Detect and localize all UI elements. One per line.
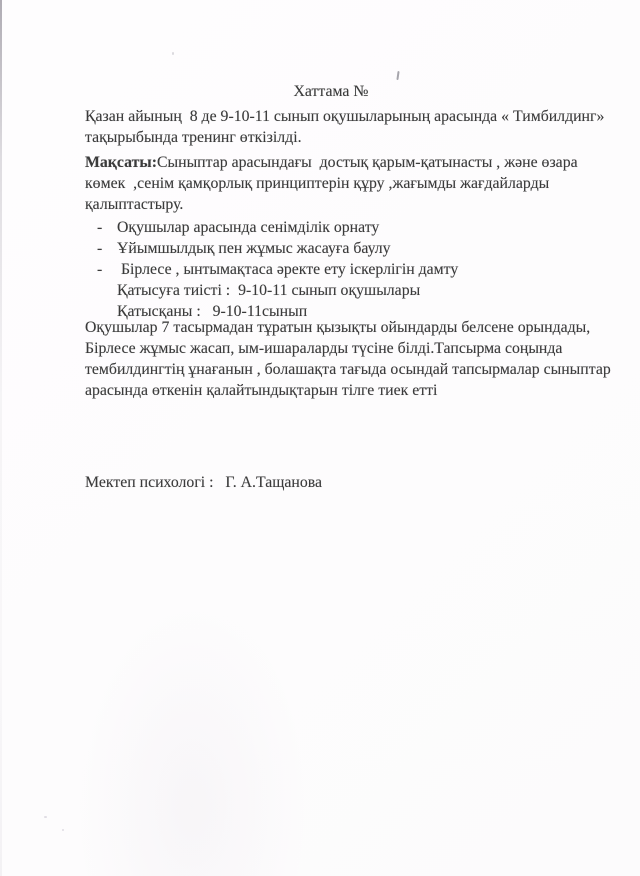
list-item-text: Бірлесе , ынтымақтаса әректе ету іскерлі… (117, 259, 458, 280)
intro-line: Қазан айының 8 де 9-10-11 сынып оқушылар… (85, 106, 604, 127)
list-item: - Бірлесе , ынтымақтаса әректе ету іскер… (85, 259, 458, 280)
pen-mark-artifact (396, 71, 399, 80)
document-title: Хаттама № (85, 81, 577, 102)
scan-speck (172, 52, 174, 55)
list-item: - Ұйымшылдық пен жұмыс жасауға баулу (85, 238, 458, 259)
participants-required: Қатысуға тиісті : 9-10-11 сынып оқушылар… (85, 280, 458, 301)
purpose-label: Мақсаты: (85, 154, 157, 171)
bullet-dash: - (85, 217, 117, 238)
scanned-document-page: Хаттама № Қазан айының 8 де 9-10-11 сыны… (0, 0, 640, 876)
scan-speck (44, 816, 47, 818)
purpose-line-text: Сыныптар арасындағы достық қарым-қатынас… (157, 154, 578, 171)
summary-paragraph: Оқушылар 7 тасырмадан тұратын қызықты ой… (85, 317, 611, 401)
document-title-text: Хаттама № (294, 83, 369, 100)
signature-text: Мектеп психологі : Г. А.Тащанова (85, 474, 322, 491)
summary-line: арасында өткенін қалайтындықтарын тілге … (85, 380, 611, 401)
intro-line: тақырыбында тренинг өткізілді. (85, 127, 604, 148)
signature-line: Мектеп психологі : Г. А.Тащанова (85, 472, 322, 493)
bullet-dash: - (85, 238, 117, 259)
list-item-text: Оқушылар арасында сенімділік орнату (117, 217, 379, 238)
objectives-list: - Оқушылар арасында сенімділік орнату - … (85, 217, 458, 322)
summary-line: Оқушылар 7 тасырмадан тұратын қызықты ой… (85, 317, 611, 338)
purpose-paragraph: Мақсаты:Сыныптар арасындағы достық қарым… (85, 152, 578, 215)
summary-line: тембилдингтің ұнағанын , болашақта тағыд… (85, 359, 611, 380)
summary-line: Бірлесе жұмыс жасап, ым-ишараларды түсін… (85, 338, 611, 359)
scan-edge-shadow (0, 0, 2, 876)
purpose-line: қалыптастыру. (85, 194, 578, 215)
purpose-line: көмек ,сенім қамқорлық принциптерін құру… (85, 173, 578, 194)
list-item-text: Ұйымшылдық пен жұмыс жасауға баулу (117, 238, 391, 259)
intro-paragraph: Қазан айының 8 де 9-10-11 сынып оқушылар… (85, 106, 604, 148)
purpose-line: Мақсаты:Сыныптар арасындағы достық қарым… (85, 152, 578, 173)
list-item: - Оқушылар арасында сенімділік орнату (85, 217, 458, 238)
scan-speck (62, 829, 64, 831)
bullet-dash: - (85, 259, 117, 280)
